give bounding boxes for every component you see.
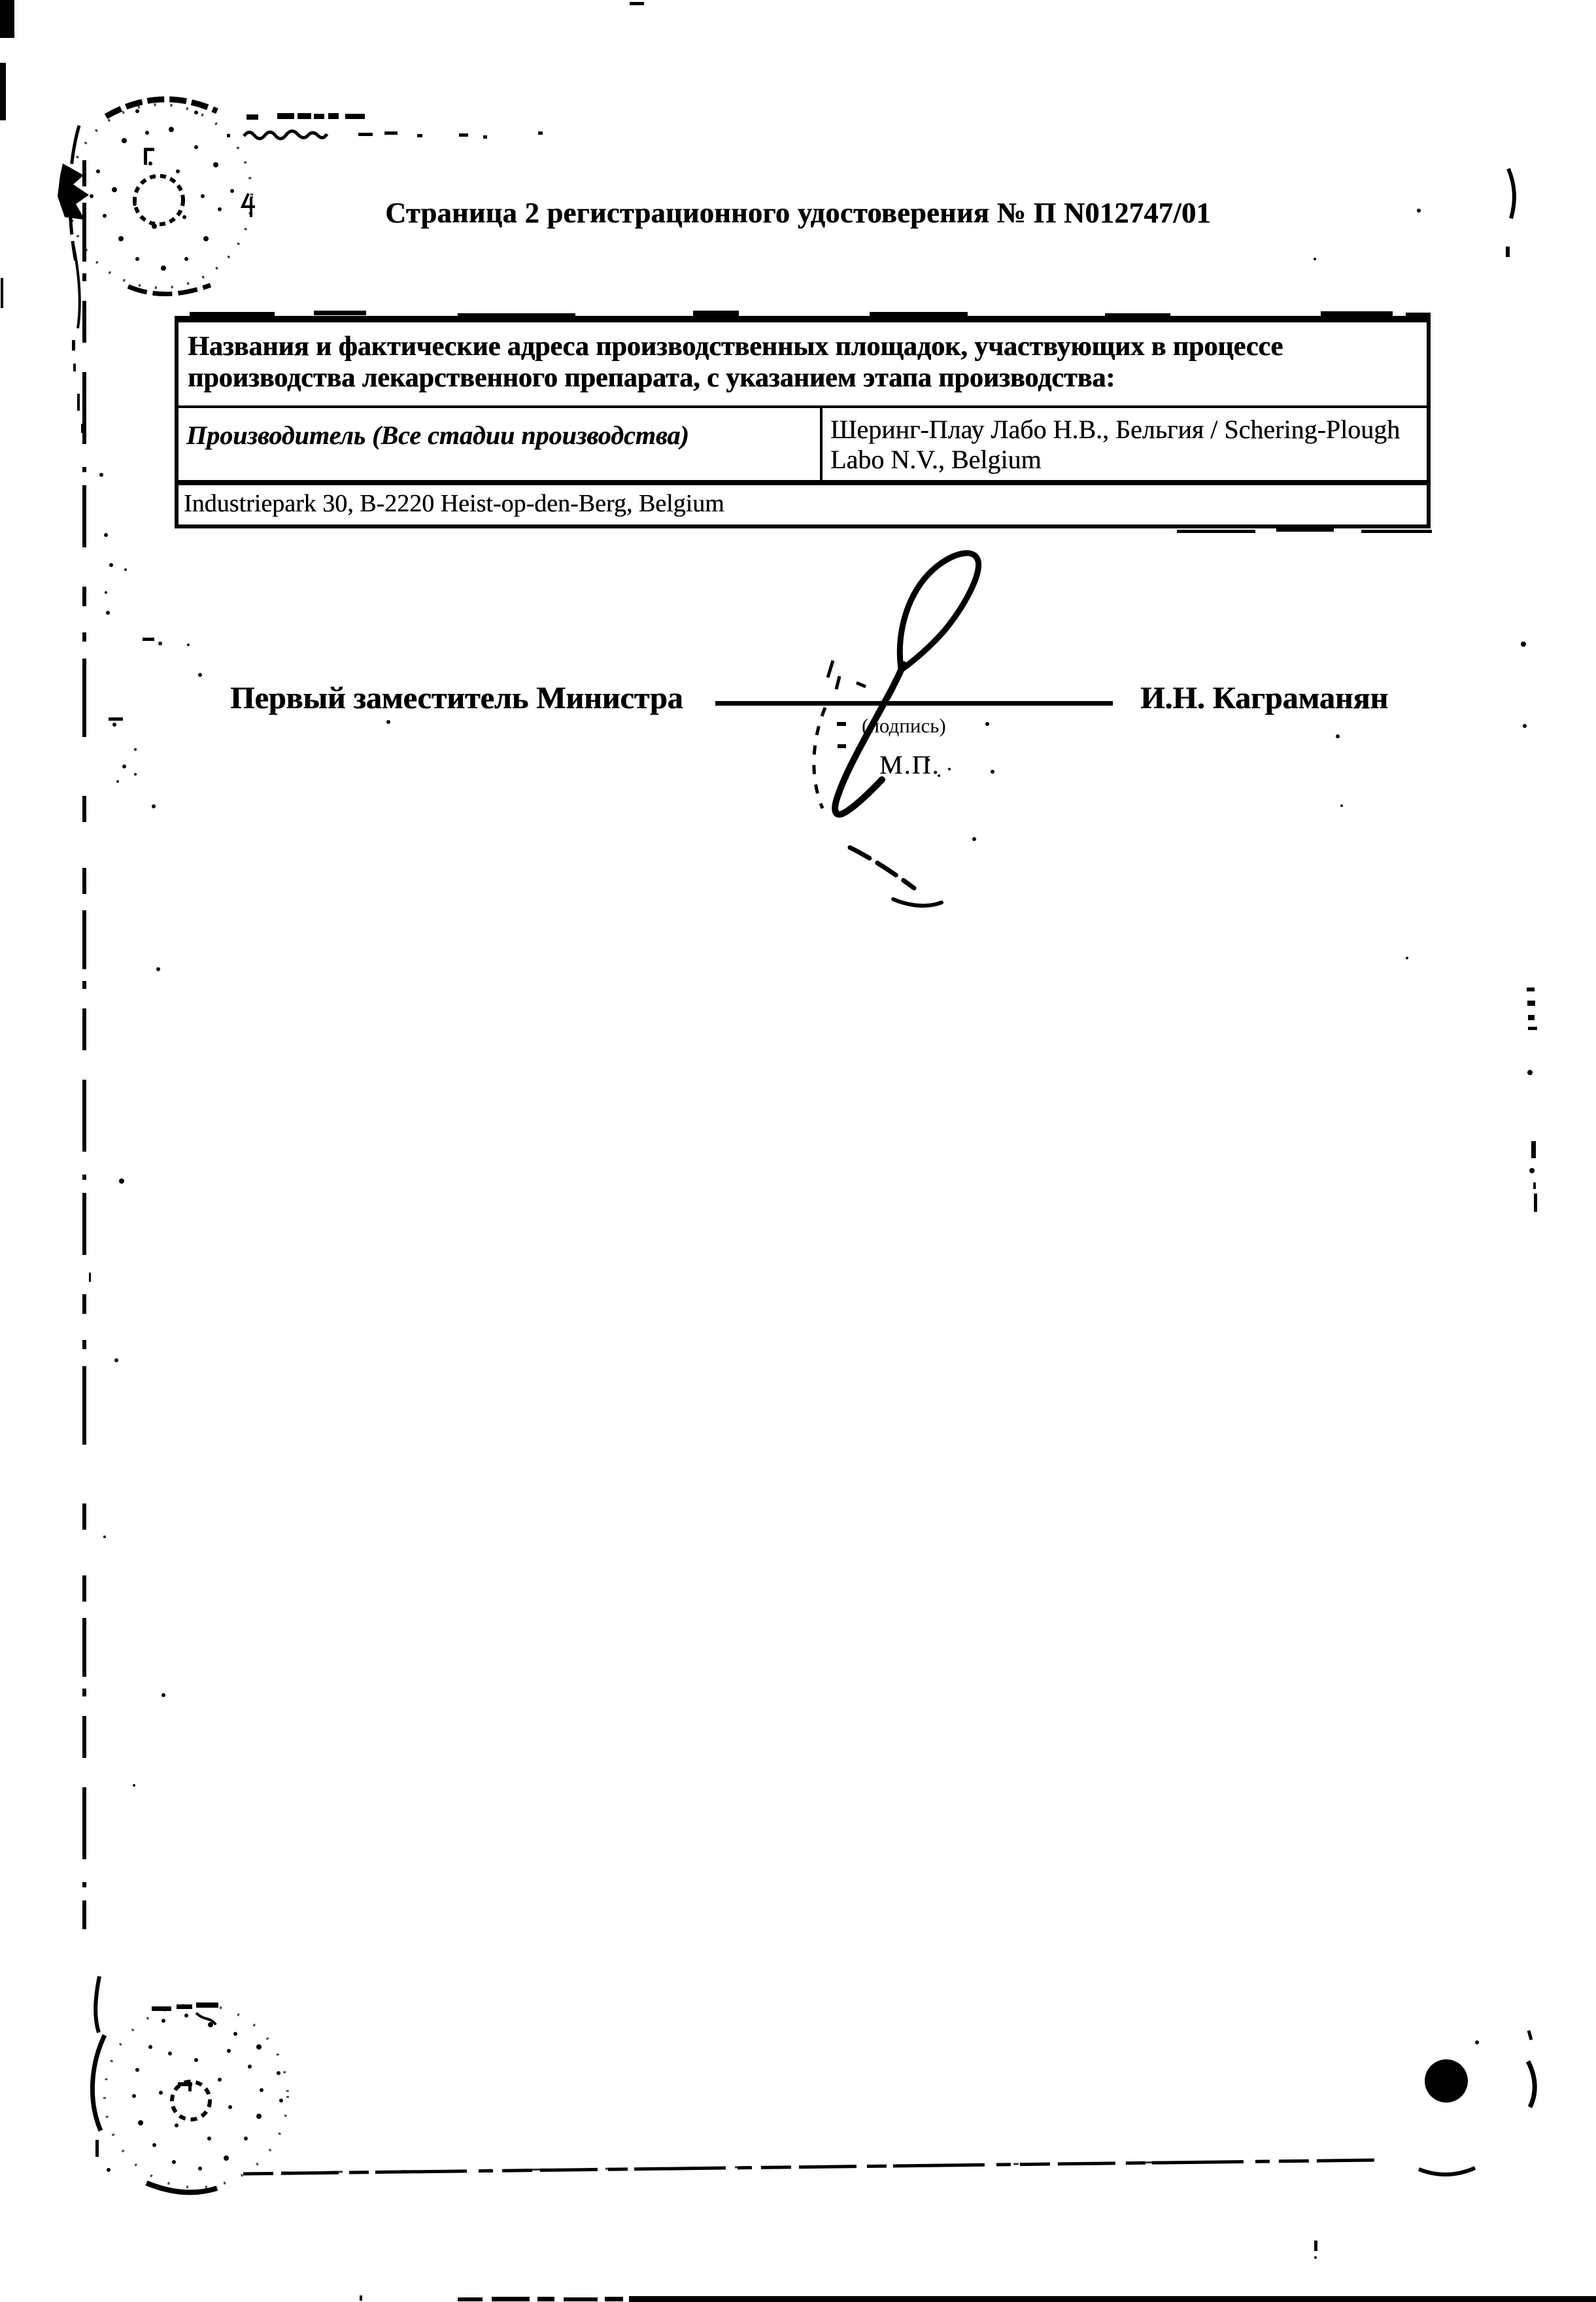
bottom-right-artifacts	[1314, 2031, 1535, 2259]
document-page: Страница 2 регистрационного удостоверени…	[0, 0, 1596, 2302]
signature-caption: (подпись)	[862, 714, 946, 738]
page-edge-marks-top-left	[0, 0, 644, 308]
table-caption-cell: Названия и фактические адреса производст…	[178, 322, 1427, 408]
left-margin-artifacts	[58, 126, 190, 1929]
producer-role-cell: Производитель (Все стадии производства)	[178, 408, 823, 480]
production-sites-table: Названия и фактические адреса производст…	[175, 316, 1431, 528]
signature-line	[715, 701, 1113, 706]
handwritten-marks-top	[227, 113, 1421, 260]
table-row-producer: Производитель (Все стадии производства) …	[178, 408, 1427, 485]
producer-name-cell: Шеринг-Плау Лабо Н.В., Бельгия / Scherin…	[823, 408, 1427, 480]
stamp-bottom-left	[92, 1976, 288, 2192]
signatory-title: Первый заместитель Министра	[230, 680, 683, 716]
page-header: Страница 2 регистрационного удостоверени…	[0, 196, 1596, 230]
black-dot-mark	[1425, 2059, 1468, 2103]
bottom-dashed-line	[243, 2160, 1376, 2174]
signatory-name: И.Н. Каграманян	[1140, 680, 1388, 716]
bottom-edge-line	[360, 2295, 1596, 2302]
scanned-certificate-page: { "colors": { "ink": "#000000", "paper":…	[0, 0, 1596, 2302]
producer-address-cell: Industriepark 30, B-2220 Heist-op-den-Be…	[178, 485, 1427, 524]
seal-place-label: М.П.	[879, 749, 940, 780]
